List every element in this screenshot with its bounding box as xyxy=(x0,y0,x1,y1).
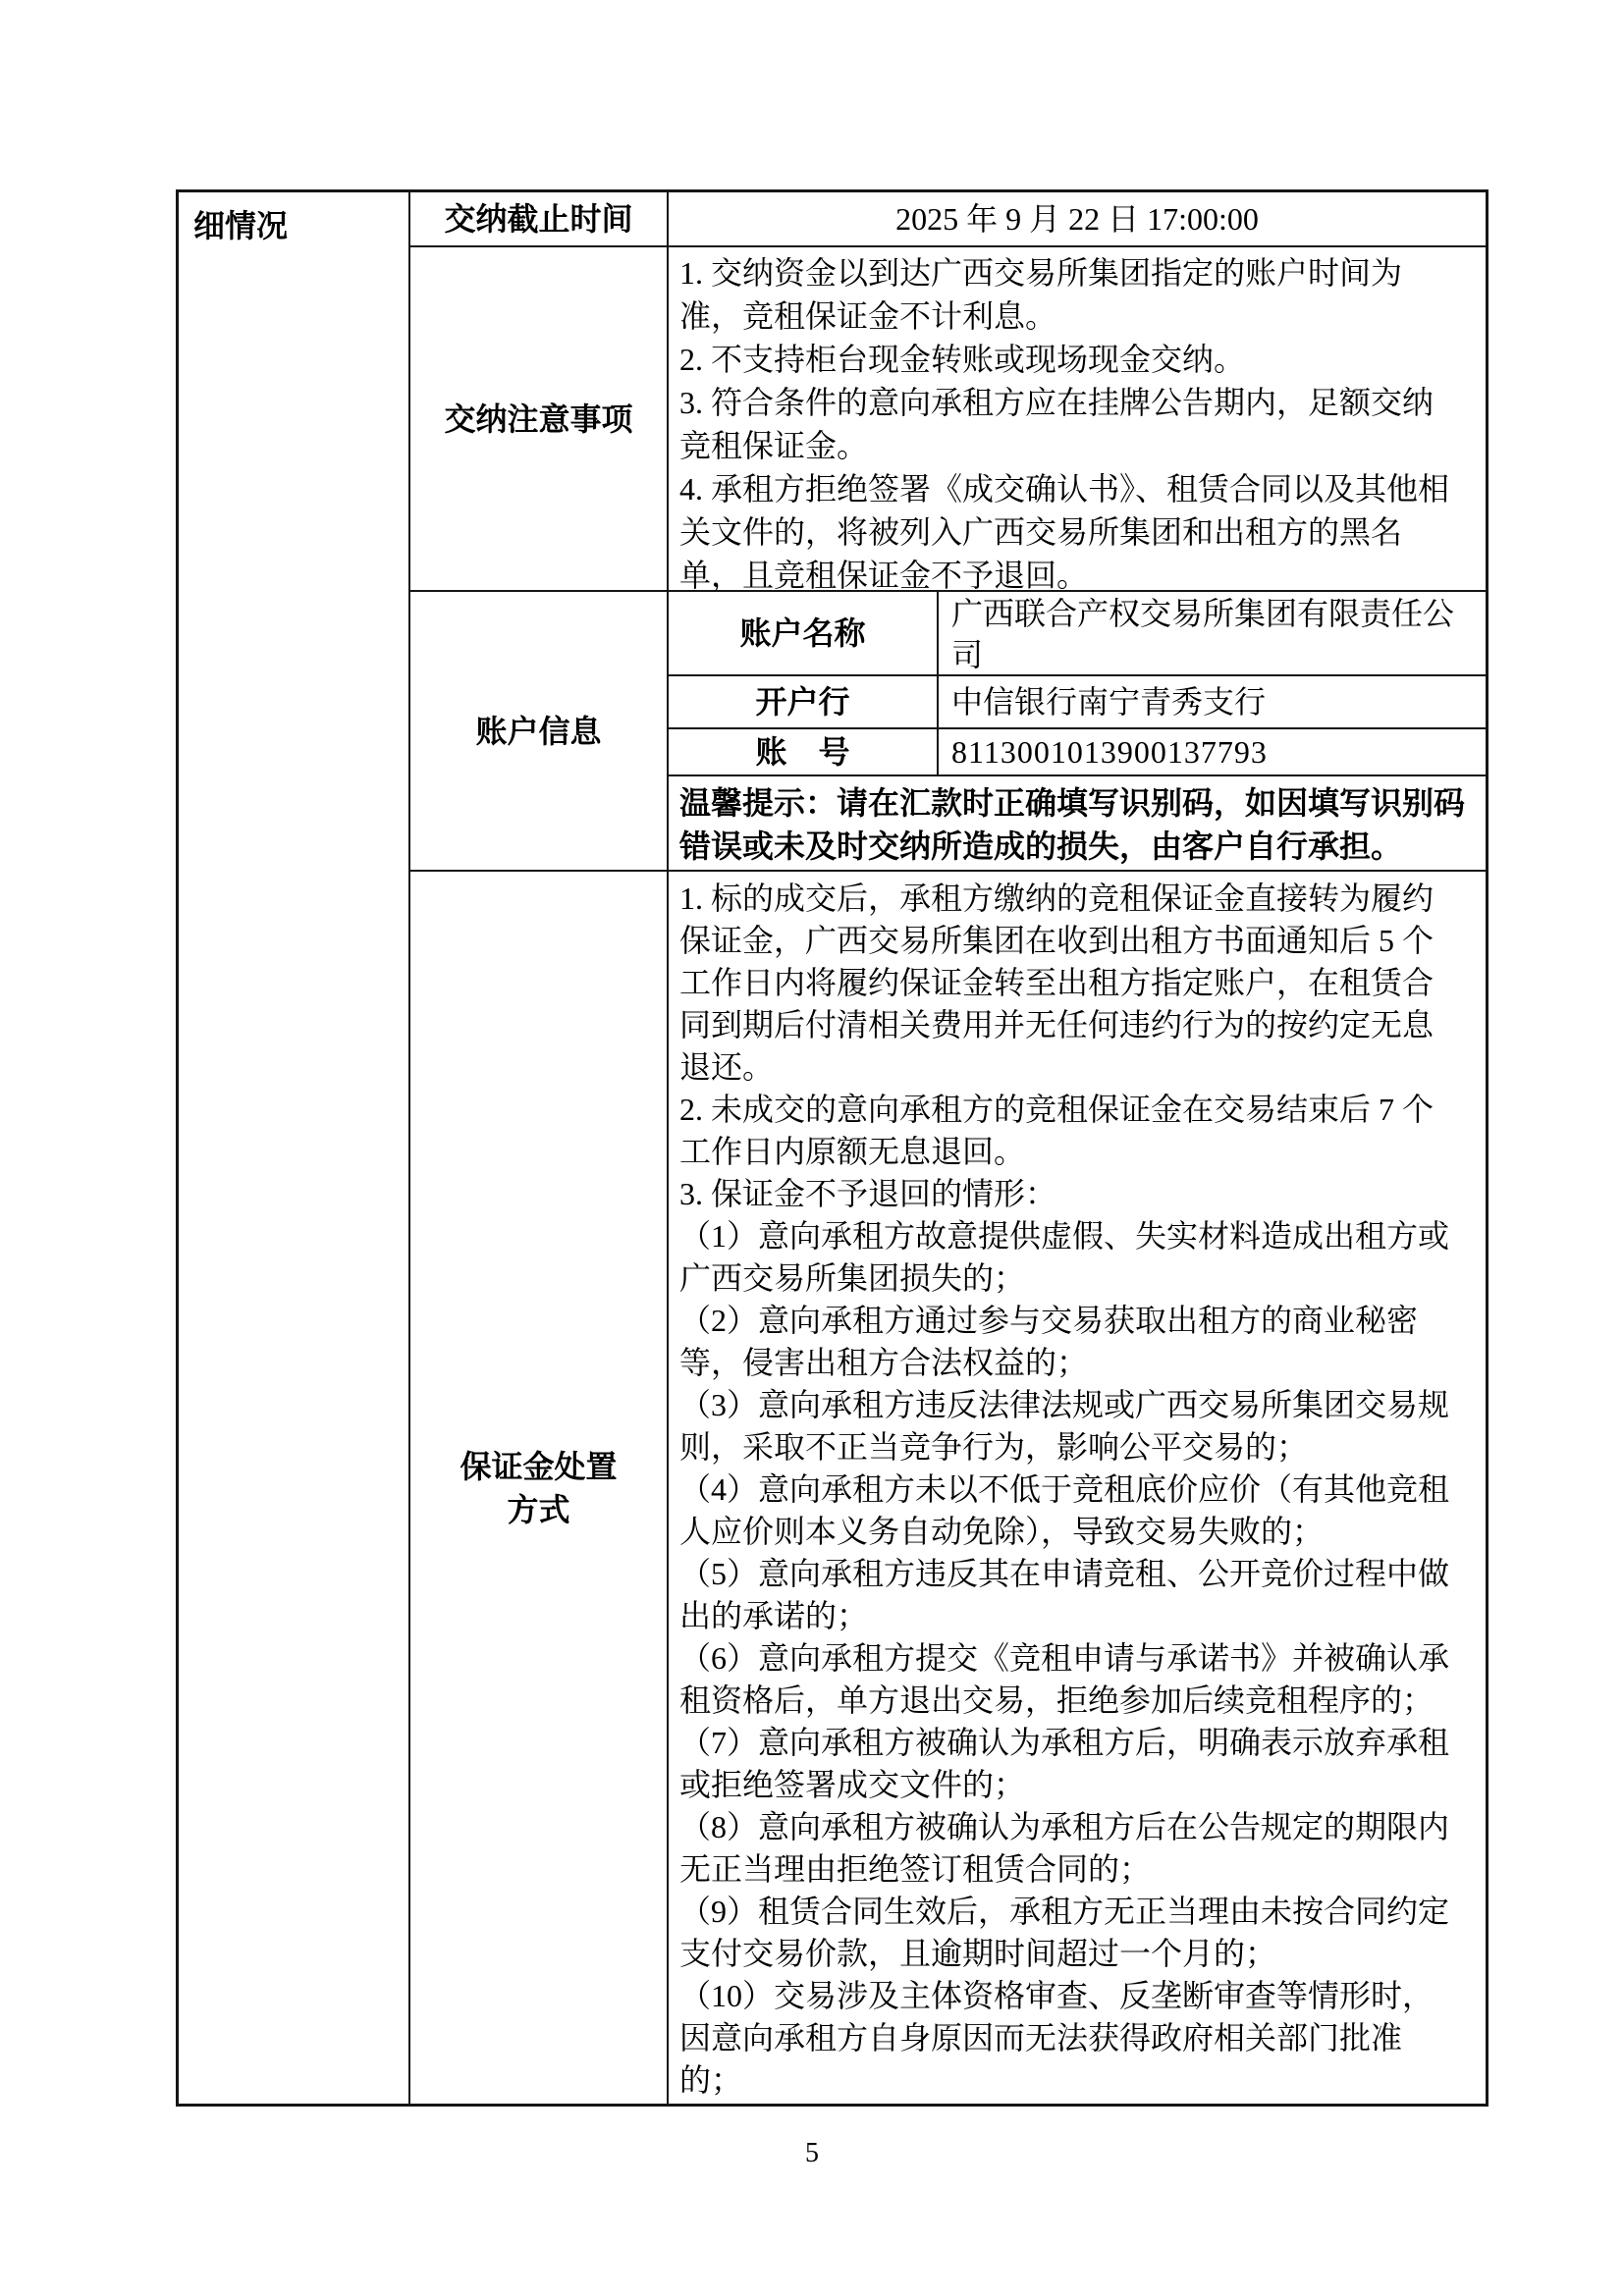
deposit-info-table: 细情况 交纳截止时间 2025 年 9 月 22 日 17:00:00 交纳注意… xyxy=(176,189,1489,2107)
deadline-value-cell: 2025 年 9 月 22 日 17:00:00 xyxy=(669,192,1486,247)
disposal-item: （2）意向承租方通过参与交易获取出租方的商业秘密等，侵害出租方合法权益的； xyxy=(679,1300,1456,1384)
table-row-group-label: 细情况 xyxy=(179,192,410,2104)
disposal-item: （4）意向承租方未以不低于竞租底价应价（有其他竞租人应价则本义务自动免除），导致… xyxy=(679,1468,1456,1553)
account-number-value-cell: 8113001013900137793 xyxy=(939,729,1486,776)
disposal-item: （5）意向承租方违反其在申请竞租、公开竞价过程中做出的承诺的； xyxy=(679,1553,1456,1637)
deposit-disposal-label: 保证金处置方式 xyxy=(456,1445,623,1531)
deadline-label-cell: 交纳截止时间 xyxy=(410,192,669,247)
disposal-item: （10）交易涉及主体资格审查、反垄断审查等情形时，因意向承租方自身原因而无法获得… xyxy=(679,1975,1456,2102)
account-number-label-cell: 账 号 xyxy=(669,729,939,776)
deposit-disposal-cell: 1. 标的成交后，承租方缴纳的竞租保证金直接转为履约保证金，广西交易所集团在收到… xyxy=(669,872,1486,2104)
payment-notes-label-cell: 交纳注意事项 xyxy=(410,247,669,592)
account-name-value-cell: 广西联合产权交易所集团有限责任公司 xyxy=(939,592,1486,676)
disposal-item: （8）意向承租方被确认为承租方后在公告规定的期限内无正当理由拒绝签订租赁合同的； xyxy=(679,1806,1456,1891)
document-page: 细情况 交纳截止时间 2025 年 9 月 22 日 17:00:00 交纳注意… xyxy=(0,0,1624,2296)
note-item: 4. 承租方拒绝签署《成交确认书》、租赁合同以及其他相关文件的，将被列入广西交易… xyxy=(679,467,1464,592)
note-item: 1. 交纳资金以到达广西交易所集团指定的账户时间为准，竞租保证金不计利息。 xyxy=(679,251,1464,338)
note-item: 2. 不支持柜台现金转账或现场现金交纳。 xyxy=(679,338,1464,381)
disposal-item: 1. 标的成交后，承租方缴纳的竞租保证金直接转为履约保证金，广西交易所集团在收到… xyxy=(679,878,1456,1089)
bank-label-cell: 开户行 xyxy=(669,676,939,729)
account-name-label-cell: 账户名称 xyxy=(669,592,939,676)
disposal-item: （1）意向承租方故意提供虚假、失实材料造成出租方或广西交易所集团损失的； xyxy=(679,1215,1456,1300)
deposit-disposal-label-cell: 保证金处置方式 xyxy=(410,872,669,2104)
page-number: 5 xyxy=(0,2138,1624,2169)
disposal-item: （6）意向承租方提交《竞租申请与承诺书》并被确认承租资格后，单方退出交易，拒绝参… xyxy=(679,1637,1456,1722)
disposal-item: （9）租赁合同生效后，承租方无正当理由未按合同约定支付交易价款，且逾期时间超过一… xyxy=(679,1891,1456,1975)
disposal-item: （3）意向承租方违反法律法规或广西交易所集团交易规则，采取不正当竞争行为，影响公… xyxy=(679,1384,1456,1468)
payment-notes-cell: 1. 交纳资金以到达广西交易所集团指定的账户时间为准，竞租保证金不计利息。 2.… xyxy=(669,247,1486,592)
remittance-notice-cell: 温馨提示：请在汇款时正确填写识别码，如因填写识别码错误或未及时交纳所造成的损失，… xyxy=(669,776,1486,872)
note-item: 3. 符合条件的意向承租方应在挂牌公告期内，足额交纳竞租保证金。 xyxy=(679,381,1464,467)
disposal-item: 3. 保证金不予退回的情形： xyxy=(679,1173,1456,1215)
bank-value-cell: 中信银行南宁青秀支行 xyxy=(939,676,1486,729)
disposal-item: 2. 未成交的意向承租方的竞租保证金在交易结束后 7 个工作日内原额无息退回。 xyxy=(679,1089,1456,1173)
disposal-item: （7）意向承租方被确认为承租方后，明确表示放弃承租或拒绝签署成交文件的； xyxy=(679,1722,1456,1806)
account-info-label-cell: 账户信息 xyxy=(410,592,669,872)
